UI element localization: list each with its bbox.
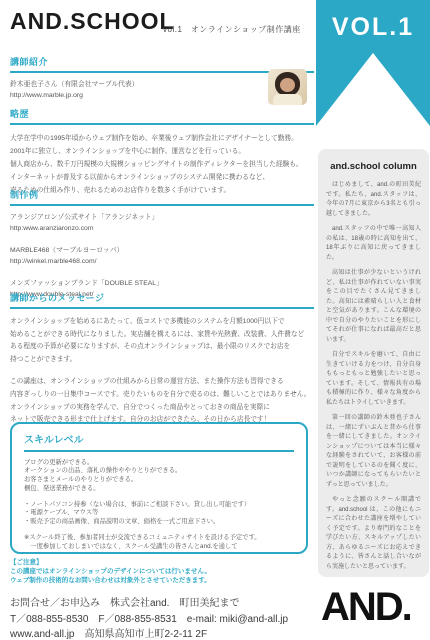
instructor-photo	[268, 69, 307, 105]
work-url[interactable]: http://winkel.marble468.com/	[10, 257, 314, 268]
column-paragraph: 自分でスキルを磨いて、自由に生きていける力をつけ、自分自身ももっともっと勉強した…	[326, 351, 421, 408]
section-rule	[24, 450, 294, 452]
skill-levels: ブログの更新ができる。 オークションの出品、落札の操作ややりとりができる。 お客…	[24, 459, 294, 494]
andschool-logo: AND.SCHOOL	[10, 8, 175, 35]
skill-heading: スキルレベル	[24, 431, 294, 446]
section-message: 講師からのメッセージ オンラインショップを始めるにあたって、低コストで多機能のシ…	[10, 291, 314, 437]
vol-badge: VOL.1	[316, 0, 430, 126]
work-name: メンズファッションブランド「DOUBLE STEAL」	[10, 279, 314, 290]
career-heading: 略歴	[10, 107, 314, 120]
photo-decoration	[273, 94, 302, 105]
works-heading: 制作例	[10, 188, 314, 201]
skill-bring-list: ・ノートパソコン持参（ない場合は、事前にご相談下さい。貸し出し可能です） ・電源…	[24, 501, 294, 527]
section-rule	[10, 123, 314, 125]
course-subtitle: vol.1 オンラインショップ制作講座	[163, 24, 301, 35]
message-heading: 講師からのメッセージ	[10, 291, 314, 304]
column-paragraph: and.スタッフの中で唯一高知人の私は、18歳の時に高知を出て、18年ぶりに高知…	[326, 225, 421, 263]
column-heading: and.school column	[326, 161, 421, 172]
work-name: MARBLE468（マーブルヨーロッパ）	[10, 246, 314, 257]
section-rule	[10, 204, 314, 206]
flyer-page: AND.SCHOOL vol.1 オンラインショップ制作講座 VOL.1 講師紹…	[0, 0, 430, 640]
column-paragraph: やっと念願のスクール開講です。and.school は、この他にもニーズに合わせ…	[326, 496, 421, 572]
instructor-heading: 講師紹介	[10, 55, 314, 68]
contact-info: お問合せ／お申込み 株式会社and. 町田美紀まで T／088-855-8530…	[10, 596, 320, 640]
caution-body: この講座ではオンラインショップのデザインについては行いません。 ウェブ制作の技術…	[10, 567, 314, 585]
andschool-column: and.school column はじめまして、and.の町田美紀です。私たち…	[318, 149, 429, 577]
work-url[interactable]: http:www.aranziaronzo.com	[10, 224, 314, 235]
section-instructor: 講師紹介 鈴木亜也子さん（有限会社マーブル代表） http://www.marb…	[10, 55, 314, 101]
column-paragraph: 第一回の講師の鈴木亜也子さんは、一緒にずいぶんと昔から仕事を一緒にしてきました。…	[326, 414, 421, 490]
message-paragraph: この講座は、オンラインショップの仕組みから日常の運営方法、また操作方法も習得でき…	[10, 376, 314, 426]
work-name: アランジアロンゾ公式サイト「アランジネット」	[10, 213, 314, 224]
column-paragraph: 高知は仕事が少ないというけれど、私は仕事が作れていない事実をこの目でたくさん見て…	[326, 269, 421, 345]
message-paragraph: オンラインショップを始めるにあたって、低コストで多機能のシステムを月額1000円…	[10, 316, 314, 366]
caution-note: 【ご注意】 この講座ではオンラインショップのデザインについては行いません。 ウェ…	[10, 558, 314, 585]
work-item: MARBLE468（マーブルヨーロッパ） http://winkel.marbl…	[10, 246, 314, 267]
vol-badge-label: VOL.1	[316, 0, 430, 42]
skill-level-box: スキルレベル ブログの更新ができる。 オークションの出品、落札の操作ややりとりが…	[10, 422, 308, 554]
skill-community-note: ※スクール終了後、参加者同士が交流できるコミュニティサイトを設ける予定です。 一…	[24, 534, 294, 554]
section-career: 略歴 大学在学中の1995年頃からウェブ制作を始め、卒業後ウェブ制作会社にデザイ…	[10, 107, 314, 197]
column-paragraph: はじめまして、and.の町田美紀です。私たち、and.スタッフは、今年の7月に東…	[326, 181, 421, 219]
caution-title: 【ご注意】	[10, 558, 314, 567]
section-rule	[10, 307, 314, 309]
photo-decoration	[280, 78, 295, 92]
and-logo: AND.	[321, 585, 411, 630]
work-item: アランジアロンゾ公式サイト「アランジネット」 http:www.aranziar…	[10, 213, 314, 234]
